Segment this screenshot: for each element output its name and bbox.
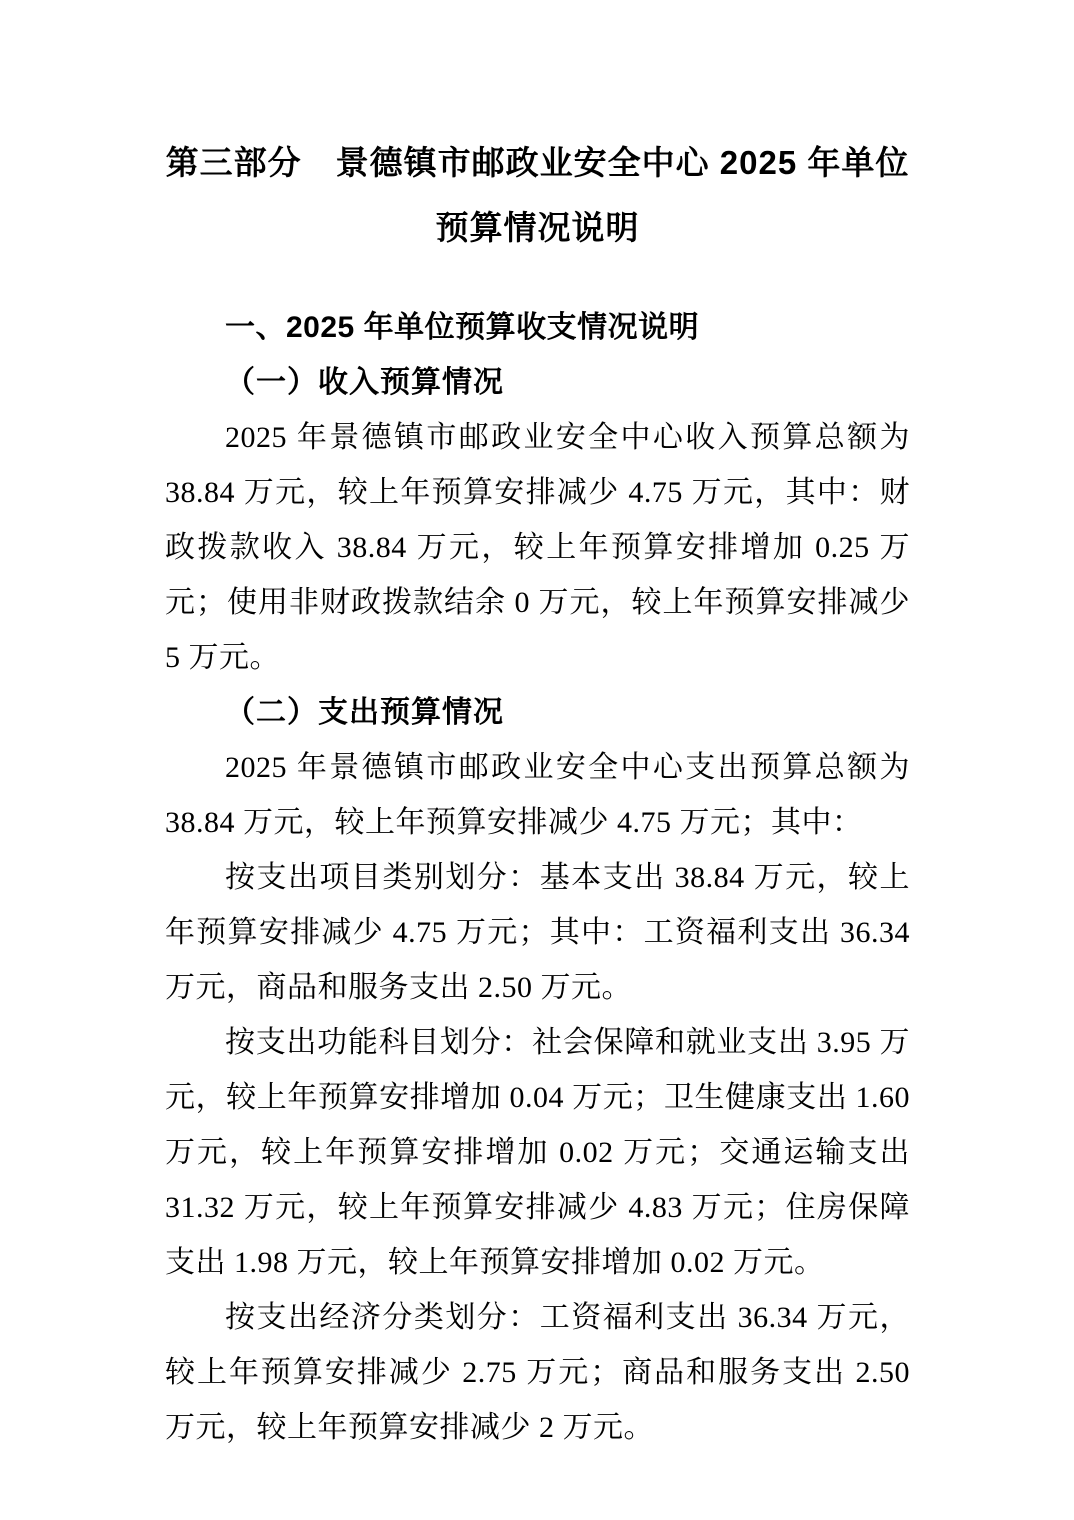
paragraph-expenditure-total: 2025 年景德镇市邮政业安全中心支出预算总额为 38.84 万元，较上年预算安…: [165, 740, 910, 850]
document-title: 第三部分 景德镇市邮政业安全中心 2025 年单位预算情况说明: [165, 130, 910, 260]
document-page: 第三部分 景德镇市邮政业安全中心 2025 年单位预算情况说明 一、2025 年…: [0, 0, 1074, 1520]
section-heading-budget-overview: 一、2025 年单位预算收支情况说明: [165, 300, 910, 355]
subsection-heading-income-budget: （一）收入预算情况: [165, 355, 910, 410]
paragraph-expenditure-by-economic-class: 按支出经济分类划分：工资福利支出 36.34 万元，较上年预算安排减少 2.75…: [165, 1290, 910, 1455]
paragraph-income-budget: 2025 年景德镇市邮政业安全中心收入预算总额为 38.84 万元，较上年预算安…: [165, 410, 910, 685]
paragraph-expenditure-by-item-category: 按支出项目类别划分：基本支出 38.84 万元，较上年预算安排减少 4.75 万…: [165, 850, 910, 1015]
subsection-heading-expenditure-budget: （二）支出预算情况: [165, 685, 910, 740]
paragraph-expenditure-by-function: 按支出功能科目划分：社会保障和就业支出 3.95 万元，较上年预算安排增加 0.…: [165, 1015, 910, 1290]
